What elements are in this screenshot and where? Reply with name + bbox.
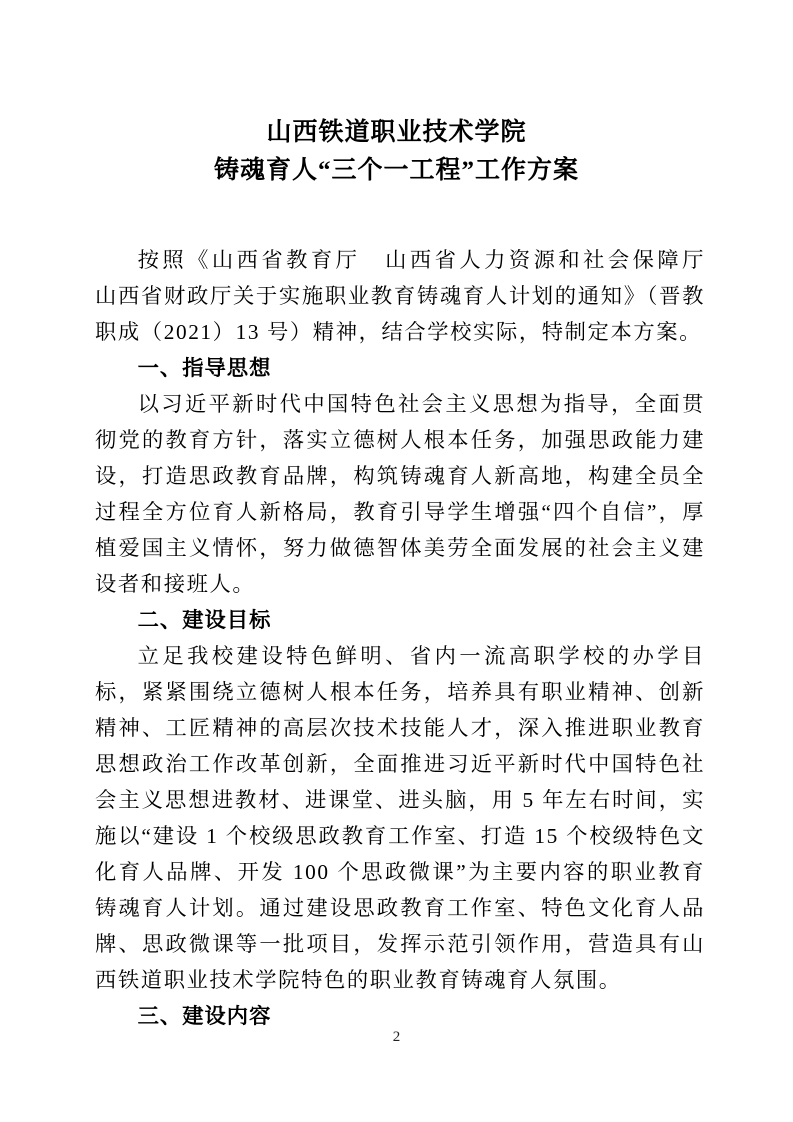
body-paragraph: 立足我校建设特色鲜明、省内一流高职学校的办学目标，紧紧围绕立德树人根本任务，培养… bbox=[95, 638, 705, 998]
body-paragraph: 按照《山西省教育厅 山西省人力资源和社会保障厅 山西省财政厅关于实施职业教育铸魂… bbox=[95, 242, 705, 350]
page-number: 2 bbox=[0, 1029, 793, 1046]
body-paragraph: 以习近平新时代中国特色社会主义思想为指导，全面贯彻党的教育方针，落实立德树人根本… bbox=[95, 386, 705, 602]
document-body: 按照《山西省教育厅 山西省人力资源和社会保障厅 山西省财政厅关于实施职业教育铸魂… bbox=[95, 242, 705, 1034]
document-title-line-1: 山西铁道职业技术学院 bbox=[0, 114, 793, 152]
document-title: 山西铁道职业技术学院 铸魂育人“三个一工程”工作方案 bbox=[0, 0, 793, 190]
section-heading: 二、建设目标 bbox=[95, 602, 705, 638]
document-title-line-2: 铸魂育人“三个一工程”工作方案 bbox=[0, 152, 793, 190]
section-heading: 一、指导思想 bbox=[95, 350, 705, 386]
document-page: 山西铁道职业技术学院 铸魂育人“三个一工程”工作方案 按照《山西省教育厅 山西省… bbox=[0, 0, 793, 1122]
